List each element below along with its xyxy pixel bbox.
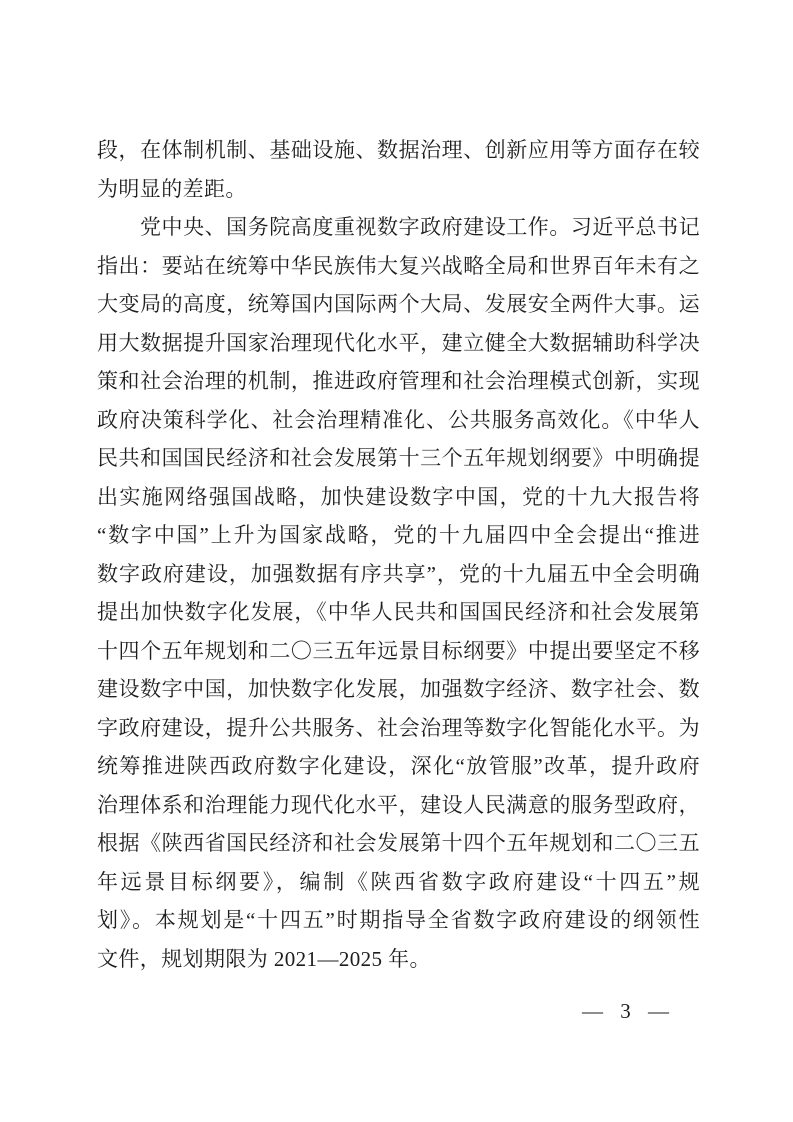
text-line: 数字政府建设，加强数据有序共享”，党的十九届五中全会明确 <box>97 555 700 594</box>
document-page: 段，在体制机制、基础设施、数据治理、创新应用等方面存在较为明显的差距。党中央、国… <box>0 0 793 1122</box>
page-number: — 3 — <box>582 997 670 1025</box>
text-line: 为明显的差距。 <box>97 170 700 209</box>
text-line: 划》。本规划是“十四五”时期指导全省数字政府建设的纲领性 <box>97 901 700 940</box>
text-line: 指出：要站在统筹中华民族伟大复兴战略全局和世界百年未有之 <box>97 247 700 286</box>
text-line: 根据《陕西省国民经济和社会发展第十四个五年规划和二〇三五 <box>97 824 700 863</box>
text-line: 大变局的高度，统筹国内国际两个大局、发展安全两件大事。运 <box>97 285 700 324</box>
text-line: 文件，规划期限为 2021—2025 年。 <box>97 940 700 979</box>
text-line: 出实施网络强国战略，加快建设数字中国，党的十九大报告将 <box>97 478 700 517</box>
text-line: 建设数字中国，加快数字化发展，加强数字经济、数字社会、数 <box>97 670 700 709</box>
text-line: 政府决策科学化、社会治理精准化、公共服务高效化。《中华人 <box>97 401 700 440</box>
text-line: 统筹推进陕西政府数字化建设，深化“放管服”改革，提升政府 <box>97 747 700 786</box>
text-line: 段，在体制机制、基础设施、数据治理、创新应用等方面存在较 <box>97 131 700 170</box>
text-line: 治理体系和治理能力现代化水平，建设人民满意的服务型政府， <box>97 786 700 825</box>
text-line: 党中央、国务院高度重视数字政府建设工作。习近平总书记 <box>97 208 700 247</box>
text-line: 提出加快数字化发展，《中华人民共和国国民经济和社会发展第 <box>97 593 700 632</box>
text-line: 用大数据提升国家治理现代化水平，建立健全大数据辅助科学决 <box>97 324 700 363</box>
document-body: 段，在体制机制、基础设施、数据治理、创新应用等方面存在较为明显的差距。党中央、国… <box>97 131 700 978</box>
text-line: 字政府建设，提升公共服务、社会治理等数字化智能化水平。为 <box>97 709 700 748</box>
text-line: 策和社会治理的机制，推进政府管理和社会治理模式创新，实现 <box>97 362 700 401</box>
text-line: 十四个五年规划和二〇三五年远景目标纲要》中提出要坚定不移 <box>97 632 700 671</box>
text-line: “数字中国”上升为国家战略，党的十九届四中全会提出“推进 <box>97 516 700 555</box>
text-line: 民共和国国民经济和社会发展第十三个五年规划纲要》中明确提 <box>97 439 700 478</box>
text-line: 年远景目标纲要》，编制《陕西省数字政府建设“十四五”规 <box>97 863 700 902</box>
